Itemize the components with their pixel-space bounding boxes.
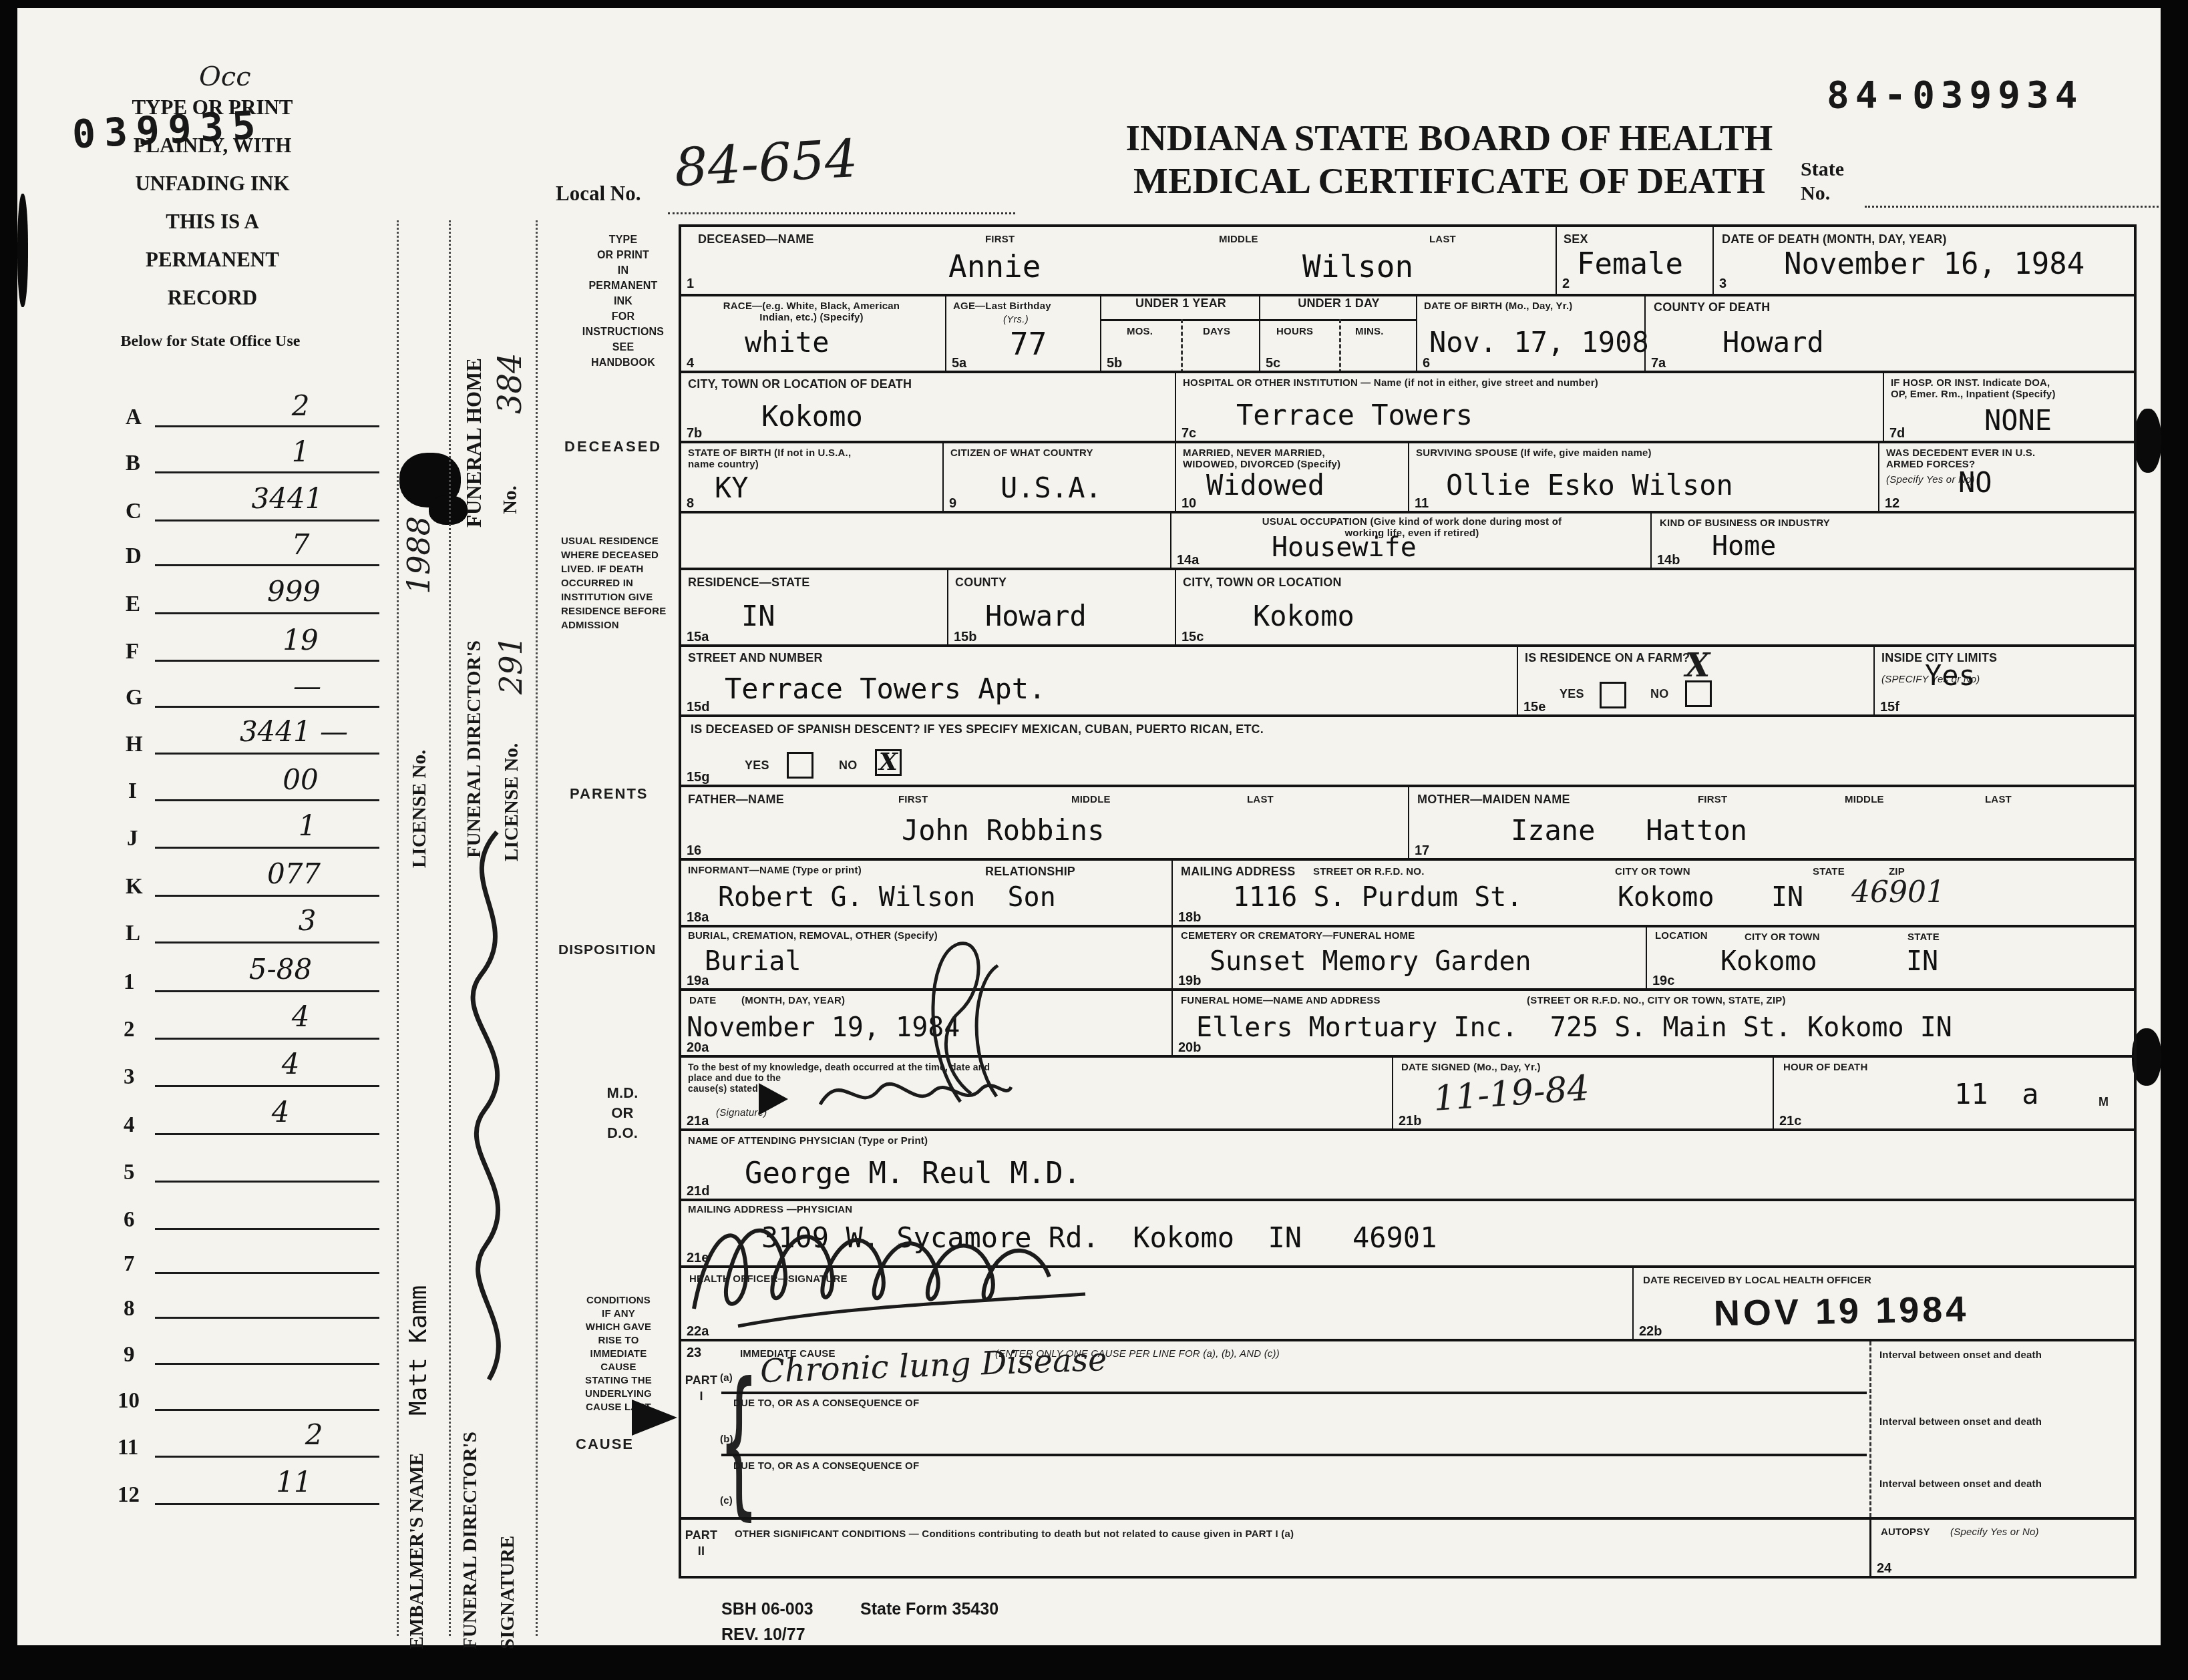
state-form-number: State Form 35430 — [860, 1600, 998, 1619]
field-number: 21b — [1399, 1114, 1421, 1129]
office-row-value: 2 — [220, 389, 381, 422]
field-number: 19a — [687, 974, 709, 989]
field-number: 21c — [1779, 1114, 1801, 1129]
office-row-key: G — [126, 686, 143, 710]
date-received-label: DATE RECEIVED BY LOCAL HEALTH OFFICER — [1643, 1275, 1871, 1286]
mailing-address-label: MAILING ADDRESS — [1181, 865, 1295, 879]
field-number: 20a — [687, 1040, 709, 1056]
office-row-line — [155, 612, 379, 614]
field-number: 15b — [954, 630, 976, 645]
due-to-label-1: DUE TO, OR AS A CONSEQUENCE OF — [733, 1398, 919, 1409]
cell-state-of-birth: STATE OF BIRTH (If not in U.S.A., name c… — [681, 443, 942, 513]
permanent-record-notice: TYPE OR PRINT PLAINLY, WITH UNFADING INK… — [112, 88, 313, 317]
office-row-key: 2 — [124, 1018, 135, 1042]
physician-name-value: George M. Reul M.D. — [745, 1157, 1081, 1191]
marital-value: Widowed — [1206, 469, 1324, 501]
office-row-line — [155, 1181, 379, 1183]
location-state-value: IN — [1906, 946, 1938, 977]
sex-value: Female — [1577, 247, 1683, 281]
cause-c-label: (c) — [720, 1495, 733, 1506]
cell-date-received: DATE RECEIVED BY LOCAL HEALTH OFFICER NO… — [1632, 1268, 2135, 1341]
field-number: 5c — [1266, 356, 1280, 371]
under-1-day-divider — [1339, 319, 1341, 373]
office-row-key: F — [126, 640, 139, 664]
cell-citizen: CITIZEN OF WHAT COUNTRY U.S.A. 9 — [942, 443, 1176, 513]
office-row-line — [155, 799, 379, 801]
mailing-city-value: Kokomo — [1618, 882, 1714, 913]
field-number: 2 — [1562, 276, 1570, 292]
under-1-day-header: UNDER 1 DAY — [1260, 296, 1417, 321]
office-row-key: J — [127, 827, 138, 851]
spanish-no-checkbox: X — [875, 749, 902, 776]
name-label: DECEASED—NAME — [698, 232, 814, 246]
farm-yes-label: YES — [1560, 687, 1584, 701]
farm-label: IS RESIDENCE ON A FARM? — [1525, 651, 1690, 665]
cell-farm: IS RESIDENCE ON A FARM? YES NO X 15e — [1517, 647, 1875, 717]
hospital-status-value: NONE — [1984, 404, 2052, 437]
spanish-descent-label: IS DECEASED OF SPANISH DESCENT? IF YES S… — [691, 722, 1264, 737]
residence-city-label: CITY, TOWN OR LOCATION — [1183, 576, 1342, 590]
farm-no-label: NO — [1650, 687, 1668, 701]
field-number: 7d — [1889, 426, 1905, 441]
license-no-label: LICENSE No. — [409, 601, 431, 868]
cell-residence-state: RESIDENCE—STATE IN 15a — [681, 570, 947, 647]
field-number: 15f — [1880, 700, 1899, 715]
office-row-key: 4 — [124, 1113, 135, 1138]
row-informant: INFORMANT—NAME (Type or print) RELATIONS… — [681, 858, 2134, 927]
office-row-key: 6 — [124, 1208, 135, 1233]
field-number: 14b — [1657, 553, 1680, 568]
field-number: 9 — [949, 496, 956, 511]
cell-marital-status: MARRIED, NEVER MARRIED, WIDOWED, DIVORCE… — [1175, 443, 1409, 513]
cell-blank — [681, 513, 1170, 570]
mother-label: MOTHER—MAIDEN NAME — [1417, 793, 1570, 807]
office-row-key: L — [126, 921, 140, 946]
hours-label: HOURS — [1276, 326, 1313, 337]
office-row-line — [155, 753, 379, 755]
cell-certifier-signature: To the best of my knowledge, death occur… — [681, 1058, 1392, 1131]
street-rfd-label: STREET OR R.F.D. NO. — [1313, 866, 1425, 877]
office-row-line — [155, 1228, 379, 1230]
office-row-value: 3441 — — [214, 715, 374, 748]
interval-label-b: Interval between onset and death — [1879, 1416, 2127, 1428]
office-row-key: 12 — [118, 1483, 140, 1508]
cell-residence-county: COUNTY Howard 15b — [947, 570, 1176, 647]
spanish-no-mark: X — [879, 748, 898, 776]
citizen-value: U.S.A. — [1000, 471, 1102, 504]
location-label: LOCATION — [1655, 930, 1708, 941]
cell-business: KIND OF BUSINESS OR INDUSTRY Home 14b — [1650, 513, 2135, 570]
field-number: 5a — [952, 356, 966, 371]
mailing-state-value: IN — [1771, 882, 1803, 913]
first-label: FIRST — [985, 234, 1015, 245]
office-row-value: 19 — [220, 624, 381, 656]
mother-first-label: FIRST — [1698, 794, 1727, 805]
form-revision: REV. 10/77 — [721, 1625, 805, 1645]
hospital-label: HOSPITAL OR OTHER INSTITUTION — Name (if… — [1183, 377, 1871, 389]
informant-value: Robert G. Wilson Son — [718, 882, 1056, 913]
row-personal: STATE OF BIRTH (If not in U.S.A., name c… — [681, 441, 2134, 513]
office-row-line — [155, 990, 379, 992]
title-line-1: INDIANA STATE BOARD OF HEALTH — [1029, 117, 1870, 160]
sex-label: SEX — [1564, 232, 1588, 246]
cell-date-of-birth: DATE OF BIRTH (Mo., Day, Yr.) Nov. 17, 1… — [1416, 296, 1646, 373]
dod-value: November 16, 1984 — [1784, 247, 2084, 281]
office-row-line — [155, 895, 379, 897]
farm-no-checkbox — [1685, 680, 1712, 707]
office-row-key: 3 — [124, 1065, 135, 1090]
cell-city-of-death: CITY, TOWN OR LOCATION OF DEATH Kokomo 7… — [681, 373, 1175, 443]
office-row-line — [155, 1456, 379, 1458]
office-row-line — [155, 1133, 379, 1135]
cell-residence-city: CITY, TOWN OR LOCATION Kokomo 15c — [1175, 570, 2135, 647]
field-number: 20b — [1178, 1040, 1201, 1056]
spanish-yes-checkbox — [787, 752, 813, 779]
under-1-year-header: UNDER 1 YEAR — [1101, 296, 1260, 321]
father-last-label: LAST — [1247, 794, 1274, 805]
cell-hospital: HOSPITAL OR OTHER INSTITUTION — Name (if… — [1175, 373, 1884, 443]
dotted-rule — [397, 220, 399, 1636]
hour-m-label: M — [2099, 1095, 2109, 1109]
field-number: 11 — [1415, 496, 1429, 511]
cell-age: AGE—Last Birthday (Yrs.) 77 5a — [945, 296, 1101, 373]
office-row-line — [155, 564, 379, 566]
mailing-zip-value: 46901 — [1851, 875, 1945, 909]
field-number: 4 — [687, 356, 694, 371]
occupation-value: Housewife — [1272, 532, 1417, 563]
age-value: 77 — [1010, 326, 1047, 362]
field-number: 7c — [1181, 426, 1196, 441]
under-1-year-label: UNDER 1 YEAR — [1135, 296, 1226, 310]
cell-under-1-year: UNDER 1 YEAR MOS. DAYS 5b — [1100, 296, 1260, 373]
cell-disposition-location: LOCATION CITY OR TOWN STATE Kokomo IN 19… — [1646, 927, 2135, 991]
office-row-key: 1 — [124, 970, 135, 995]
office-row-key: 9 — [124, 1343, 135, 1368]
office-row-line — [155, 847, 379, 849]
autopsy-cell: AUTOPSY (Specify Yes or No) 24 — [1869, 1517, 2136, 1579]
spanish-yes-label: YES — [745, 759, 769, 773]
office-row-value: 077 — [214, 857, 374, 890]
mother-middle-label: MIDDLE — [1845, 794, 1884, 805]
cell-date-signed: DATE SIGNED (Mo., Day, Yr.) 11-19-84 21b — [1392, 1058, 1774, 1131]
row-deceased-name: DECEASED—NAME FIRST MIDDLE LAST Annie Wi… — [681, 227, 2134, 294]
scan-artifact — [2135, 409, 2161, 473]
last-label: LAST — [1429, 234, 1456, 245]
hour-of-death-value: 11 a — [1954, 1078, 2038, 1110]
city-of-death-value: Kokomo — [761, 400, 863, 433]
armed-forces-value: NO — [1958, 466, 1992, 499]
section-cause-of-death: 23 IMMEDIATE CAUSE (ENTER ONLY ONE CAUSE… — [681, 1339, 2134, 1579]
rail-conditions: CONDITIONS IF ANY WHICH GAVE RISE TO IMM… — [572, 1294, 665, 1414]
office-row-line — [155, 941, 379, 943]
row-street: STREET AND NUMBER Terrace Towers Apt. 15… — [681, 644, 2134, 717]
field-number: 15e — [1523, 700, 1545, 715]
cell-armed-forces: WAS DECEDENT EVER IN U.S. ARMED FORCES? … — [1878, 443, 2135, 513]
cell-county-of-death: COUNTY OF DEATH Howard 7a — [1644, 296, 2135, 373]
burial-value: Burial — [705, 946, 801, 977]
office-row-line — [155, 1363, 379, 1365]
funeral-director-signature — [433, 821, 540, 1396]
location-city-label: CITY OR TOWN — [1745, 931, 1820, 943]
first-name-value: Annie — [948, 248, 1041, 284]
city-of-death-label: CITY, TOWN OR LOCATION OF DEATH — [688, 377, 912, 391]
pen-flourish — [888, 921, 1022, 1108]
embalmer-name: Matt Kamm — [405, 1175, 432, 1416]
middle-label: MIDDLE — [1219, 234, 1258, 245]
funeral-director-license-no: 291 — [493, 574, 529, 694]
last-name-value: Wilson — [1302, 248, 1413, 284]
date-sublabel: (MONTH, DAY, YEAR) — [741, 995, 845, 1006]
mos-label: MOS. — [1127, 326, 1153, 337]
office-row-value: 4 — [220, 1000, 381, 1033]
location-city-value: Kokomo — [1720, 946, 1817, 977]
office-row-line — [155, 519, 379, 521]
office-row-line — [155, 471, 379, 473]
office-row-value: 4 — [200, 1096, 361, 1128]
cell-race: RACE—(e.g. White, Black, American Indian… — [681, 296, 945, 373]
cell-city-limits: INSIDE CITY LIMITS (SPECIFY Yes or No) Y… — [1873, 647, 2135, 717]
title-line-2: MEDICAL CERTIFICATE OF DEATH — [1029, 160, 1870, 202]
funeral-home-no-value: 384 — [492, 294, 529, 414]
cemetery-value: Sunset Memory Garden — [1210, 946, 1531, 977]
field-number: 14a — [1177, 553, 1199, 568]
scan-artifact — [17, 194, 28, 307]
informant-label: INFORMANT—NAME (Type or print) — [688, 865, 862, 876]
row-spanish-descent: IS DECEASED OF SPANISH DESCENT? IF YES S… — [681, 714, 2134, 787]
funeral-director-label: FUNERAL DIRECTOR'S — [464, 544, 486, 858]
under-1-year-divider — [1181, 319, 1183, 373]
certificate-form: DECEASED—NAME FIRST MIDDLE LAST Annie Wi… — [679, 224, 2137, 1579]
office-row-value: 3 — [227, 904, 387, 937]
license-no-value: 1988 — [401, 467, 437, 594]
office-row-line — [155, 1272, 379, 1274]
date-label: DATE — [689, 995, 717, 1006]
office-row-key: D — [126, 544, 142, 569]
armed-forces-label: WAS DECEDENT EVER IN U.S. ARMED FORCES? — [1886, 447, 2127, 470]
office-row-value: 3441 — [207, 482, 367, 515]
part-1-label: PART I — [683, 1372, 720, 1404]
office-row-value: 00 — [220, 763, 381, 796]
due-to-label-2: DUE TO, OR AS A CONSEQUENCE OF — [733, 1460, 919, 1472]
rail-cause: CAUSE — [576, 1437, 634, 1451]
rail-md-or-do: M.D. OR D.O. — [589, 1083, 656, 1143]
other-conditions-label: OTHER SIGNIFICANT CONDITIONS — Condition… — [735, 1528, 1837, 1540]
cause-a-line — [721, 1392, 1867, 1394]
relationship-label: RELATIONSHIP — [985, 865, 1075, 879]
field-number: 19c — [1652, 974, 1674, 989]
state-no-label: State No. — [1801, 158, 1844, 206]
form-code: SBH 06-003 — [721, 1600, 813, 1619]
farm-yes-checkbox — [1600, 682, 1626, 708]
cell-cemetery: CEMETERY OR CREMATORY—FUNERAL HOME Sunse… — [1171, 927, 1647, 991]
office-row-key: H — [126, 732, 143, 757]
state-of-birth-label: STATE OF BIRTH (If not in U.S.A., name c… — [688, 447, 928, 470]
row-race-age: RACE—(e.g. White, Black, American Indian… — [681, 294, 2134, 373]
residence-state-label: RESIDENCE—STATE — [688, 576, 809, 590]
street-value: Terrace Towers Apt. — [725, 672, 1045, 705]
date-received-stamp: NOV 19 1984 — [1713, 1289, 1969, 1335]
mother-last-label: LAST — [1985, 794, 2012, 805]
field-number: 24 — [1877, 1561, 1891, 1577]
field-number: 16 — [687, 843, 701, 859]
cell-informant: INFORMANT—NAME (Type or print) RELATIONS… — [681, 861, 1171, 927]
office-row-key: 8 — [124, 1297, 135, 1321]
cell-name: DECEASED—NAME FIRST MIDDLE LAST Annie Wi… — [681, 227, 1556, 294]
mother-value: Izane Hatton — [1511, 814, 1747, 847]
cause-arrow-icon — [632, 1400, 677, 1436]
office-row-key: B — [126, 451, 140, 476]
field-number: 8 — [687, 496, 694, 511]
city-or-town-label: CITY OR TOWN — [1615, 866, 1690, 877]
field-number: 18b — [1178, 910, 1201, 925]
row-place-of-death: CITY, TOWN OR LOCATION OF DEATH Kokomo 7… — [681, 371, 2134, 443]
city-limits-value: Yes — [1925, 659, 1976, 692]
part-2-label: PART II — [683, 1527, 720, 1559]
residence-county-label: COUNTY — [955, 576, 1007, 590]
rail-usual-residence: USUAL RESIDENCE WHERE DECEASED LIVED. IF… — [561, 534, 675, 632]
state-of-birth-value: KY — [715, 471, 749, 504]
field-number: 17 — [1415, 843, 1429, 859]
local-no-value: 84-654 — [673, 129, 860, 198]
local-no-line — [668, 212, 1015, 214]
funeral-home-sublabel: (STREET OR R.F.D. NO., CITY OR TOWN, STA… — [1527, 995, 1786, 1006]
cell-funeral-home: FUNERAL HOME—NAME AND ADDRESS (STREET OR… — [1171, 991, 2135, 1058]
field-number: 6 — [1423, 356, 1430, 371]
rail-deceased: DECEASED — [564, 439, 662, 453]
office-row-value: 2 — [234, 1418, 394, 1451]
mins-label: MINS. — [1355, 326, 1384, 337]
office-row-line — [155, 1085, 379, 1087]
row-residence: RESIDENCE—STATE IN 15a COUNTY Howard 15b… — [681, 568, 2134, 647]
office-row-key: 5 — [124, 1161, 135, 1185]
cell-mother: MOTHER—MAIDEN NAME FIRST MIDDLE LAST Iza… — [1408, 787, 2135, 861]
autopsy-sublabel: (Specify Yes or No) — [1950, 1526, 2039, 1538]
residence-state-value: IN — [741, 600, 775, 632]
marital-label: MARRIED, NEVER MARRIED, WIDOWED, DIVORCE… — [1183, 447, 1403, 470]
cell-sex: SEX Female 2 — [1556, 227, 1714, 294]
dod-label: DATE OF DEATH (MONTH, DAY, YEAR) — [1722, 232, 1947, 246]
office-row-value: 4 — [210, 1048, 371, 1080]
father-label: FATHER—NAME — [688, 793, 784, 807]
local-no-label: Local No. — [556, 182, 641, 206]
dob-label: DATE OF BIRTH (Mo., Day, Yr.) — [1424, 300, 1572, 312]
cause-b-label: (b) — [720, 1434, 733, 1445]
field-number: 1 — [687, 276, 694, 292]
spouse-value: Ollie Esko Wilson — [1446, 469, 1733, 501]
business-label: KIND OF BUSINESS OR INDUSTRY — [1660, 517, 1830, 529]
cell-spanish-descent: IS DECEASED OF SPANISH DESCENT? IF YES S… — [681, 717, 2134, 787]
office-row-value: 11 — [214, 1466, 374, 1498]
office-row-value: — — [227, 670, 387, 702]
farm-no-mark: X — [1685, 647, 1710, 684]
office-row-value: 1 — [227, 809, 387, 842]
race-value: white — [745, 326, 829, 359]
street-label: STREET AND NUMBER — [688, 651, 823, 665]
cemetery-label: CEMETERY OR CREMATORY—FUNERAL HOME — [1181, 930, 1415, 941]
date-signed-value: 11-19-84 — [1432, 1068, 1590, 1119]
residence-county-value: Howard — [985, 600, 1087, 632]
field-number: 15c — [1181, 630, 1204, 645]
funeral-home-name-label: FUNERAL HOME—NAME AND ADDRESS — [1181, 995, 1381, 1006]
row-occupation: USUAL OCCUPATION (Give kind of work done… — [681, 511, 2134, 570]
residence-city-value: Kokomo — [1253, 600, 1354, 632]
field-number: 3 — [1719, 276, 1726, 292]
father-value: John Robbins — [902, 814, 1104, 847]
cell-father: FATHER—NAME FIRST MIDDLE LAST John Robbi… — [681, 787, 1408, 861]
date-signed-label: DATE SIGNED (Mo., Day, Yr.) — [1401, 1062, 1541, 1073]
office-row-key: A — [126, 405, 142, 430]
father-middle-label: MIDDLE — [1071, 794, 1111, 805]
field-number: 5b — [1107, 356, 1122, 371]
dob-value: Nov. 17, 1908 — [1429, 326, 1649, 359]
field-number: 7b — [687, 426, 702, 441]
cell-informant-address: MAILING ADDRESS STREET OR R.F.D. NO. CIT… — [1171, 861, 2135, 927]
interval-label-c: Interval between onset and death — [1879, 1478, 2127, 1490]
office-row-value: 7 — [220, 528, 381, 561]
office-row-value: 1 — [220, 435, 381, 468]
spanish-no-label: NO — [839, 759, 857, 773]
business-value: Home — [1712, 531, 1776, 562]
hospital-value: Terrace Towers — [1236, 399, 1473, 431]
county-of-death-value: Howard — [1722, 326, 1824, 359]
cell-street: STREET AND NUMBER Terrace Towers Apt. 15… — [681, 647, 1517, 717]
autopsy-label: AUTOPSY — [1881, 1526, 1930, 1538]
field-number: 18a — [687, 910, 709, 925]
hospital-status-label: IF HOSP. OR INST. Indicate DOA, OP, Emer… — [1891, 377, 2125, 400]
field-number: 10 — [1181, 496, 1196, 511]
father-first-label: FIRST — [898, 794, 928, 805]
physician-name-label: NAME OF ATTENDING PHYSICIAN (Type or Pri… — [688, 1135, 928, 1146]
health-officer-signature — [685, 1189, 1232, 1342]
office-row-line — [155, 425, 379, 427]
signature-arrow-icon — [759, 1083, 788, 1115]
cause-a-label: (a) — [720, 1372, 733, 1384]
citizen-label: CITIZEN OF WHAT COUNTRY — [950, 447, 1093, 459]
certificate-title: INDIANA STATE BOARD OF HEALTH MEDICAL CE… — [1029, 117, 1870, 202]
office-row-key: 11 — [118, 1436, 138, 1460]
hour-of-death-label: HOUR OF DEATH — [1783, 1062, 1867, 1073]
office-row-line — [155, 1503, 379, 1505]
field-number: 15d — [687, 700, 709, 715]
field-number: 7a — [1651, 356, 1666, 371]
office-row-value: 999 — [214, 575, 374, 608]
office-row-key: 10 — [118, 1389, 140, 1414]
rail-type-or-print: TYPE OR PRINT IN PERMANENT INK FOR INSTR… — [573, 232, 673, 371]
under-1-day-label: UNDER 1 DAY — [1298, 296, 1380, 310]
office-row-key: 7 — [124, 1252, 135, 1277]
office-row-line — [155, 1038, 379, 1040]
field-number: 21a — [687, 1114, 709, 1129]
office-row-key: C — [126, 499, 142, 524]
state-file-number-stamp: 84-039934 — [1827, 73, 2083, 117]
cell-date-of-death: DATE OF DEATH (MONTH, DAY, YEAR) Novembe… — [1712, 227, 2135, 294]
office-row-line — [155, 1409, 379, 1411]
office-row-key: E — [126, 592, 140, 617]
location-state-label: STATE — [1907, 931, 1940, 943]
cell-occupation: USUAL OCCUPATION (Give kind of work done… — [1170, 513, 1652, 570]
state-label: State — [1801, 158, 1844, 182]
cause-b-line — [721, 1454, 1867, 1456]
cell-hospital-status: IF HOSP. OR INST. Indicate DOA, OP, Emer… — [1883, 373, 2135, 443]
state-no-line — [1865, 206, 2159, 208]
race-label: RACE—(e.g. White, Black, American Indian… — [688, 300, 935, 323]
field-number: 15g — [687, 770, 709, 785]
funeral-home-value: Ellers Mortuary Inc. 725 S. Main St. Kok… — [1196, 1012, 1952, 1043]
county-of-death-label: COUNTY OF DEATH — [1654, 300, 1770, 314]
funeral-home-no-label: No. — [500, 427, 522, 514]
field-number: 19b — [1178, 974, 1201, 989]
cell-surviving-spouse: SURVIVING SPOUSE (If wife, give maiden n… — [1408, 443, 1879, 513]
